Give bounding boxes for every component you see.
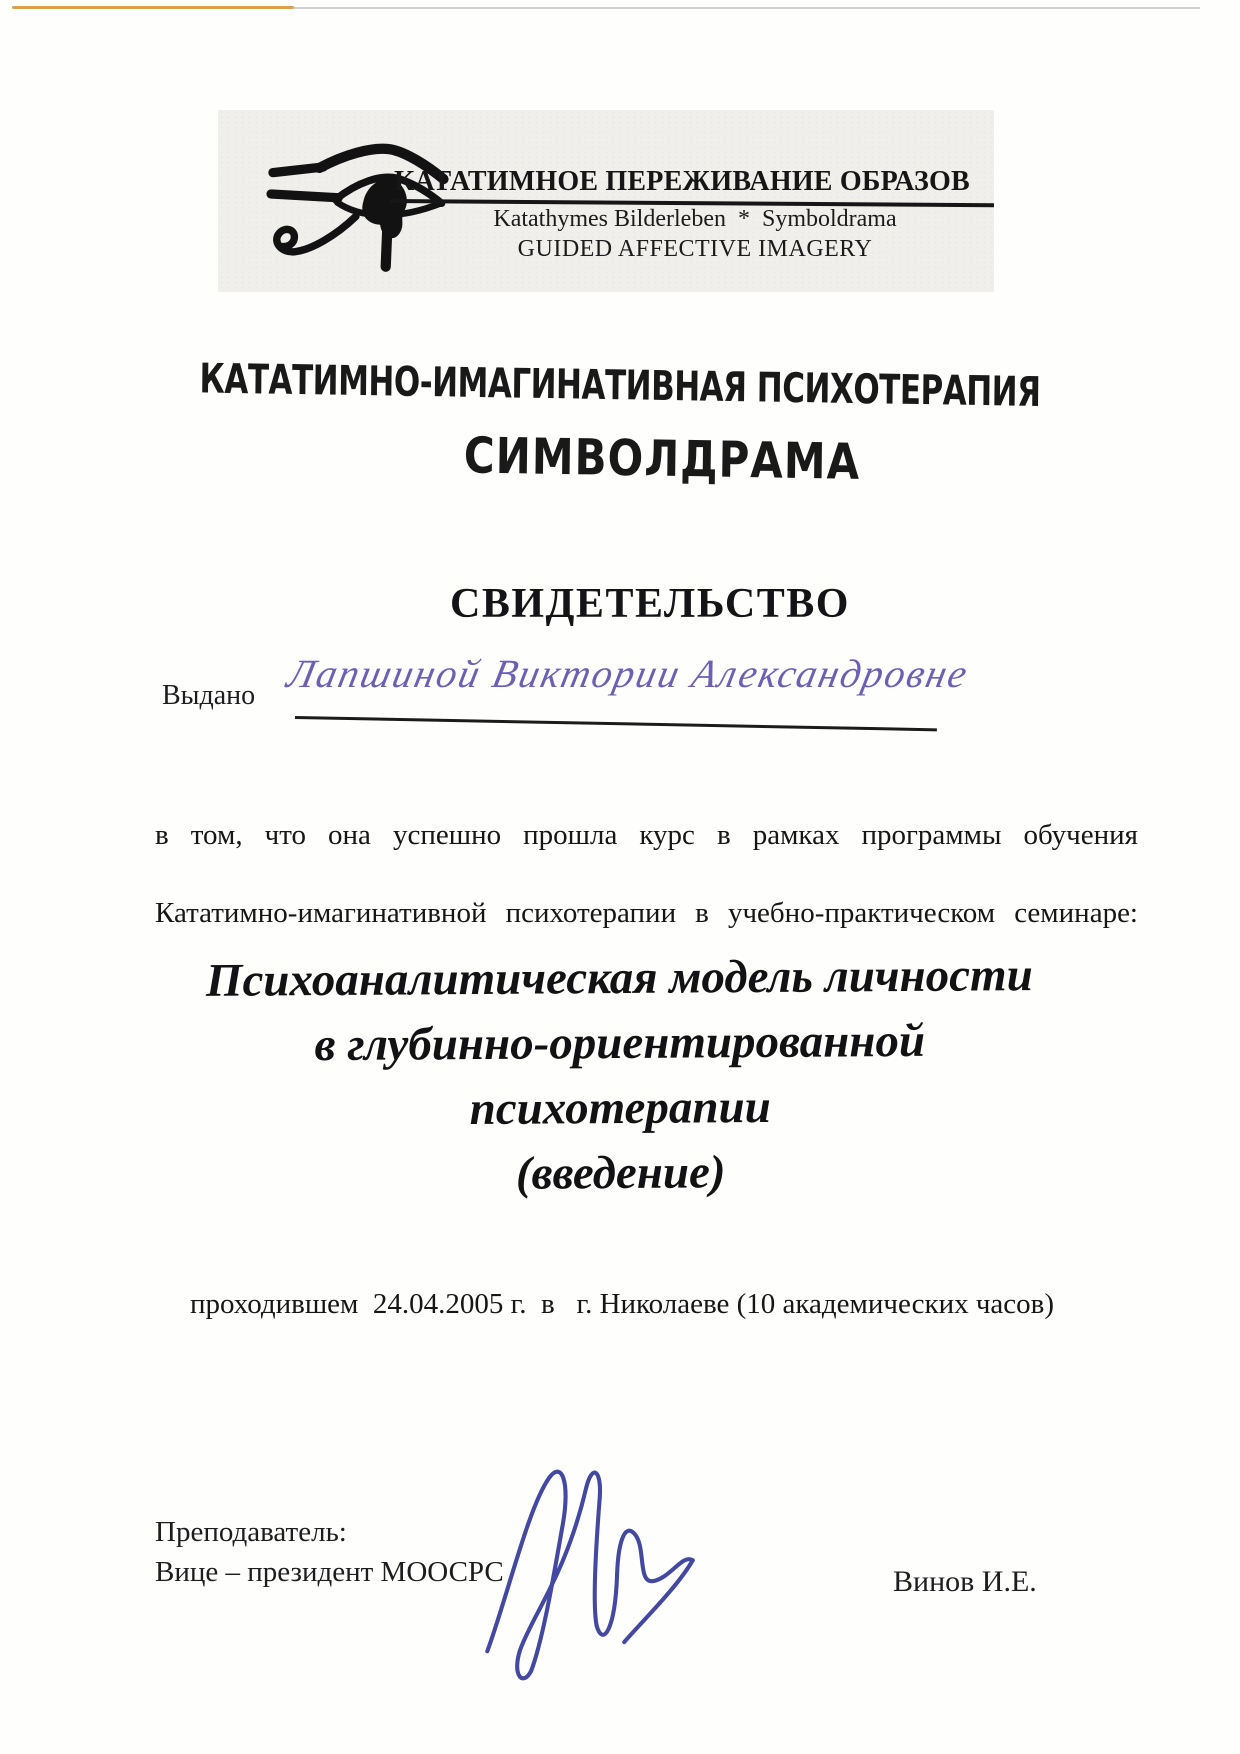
course-title-line-4: (введение): [0, 1137, 1240, 1211]
method-name-line: КАТАТИМНО-ИМАГИНАТИВНАЯ ПСИХОТЕРАПИЯ: [0, 352, 1240, 420]
signature-ink-icon: [472, 1452, 707, 1687]
course-title: Психоаналитическая модель личности в глу…: [0, 942, 1240, 1211]
header-subtitle-english: GUIDED AFFECTIVE IMAGERY: [398, 236, 992, 263]
course-title-line-3: психотерапии: [0, 1072, 1240, 1146]
teacher-title: Вице – президент МООСРС: [155, 1556, 504, 1589]
recipient-name-underline: [295, 716, 937, 731]
certificate-heading: СВИДЕТЕЛЬСТВО: [30, 580, 1240, 628]
body-line-1: в том, что она успешно прошла курс в рам…: [155, 816, 1138, 894]
scan-artifact-orange-line: [12, 6, 294, 9]
header-subtitle-german: Katathymes Bilderleben * Symboldrama: [398, 206, 992, 233]
course-title-line-1: Психоаналитическая модель личности: [0, 942, 1240, 1016]
header-title: КАТАТИМНОЕ ПЕРЕЖИВАНИЕ ОБРАЗОВ: [394, 166, 970, 198]
course-title-line-2: в глубинно-ориентированной: [0, 1007, 1240, 1081]
certificate-page: КАТАТИМНОЕ ПЕРЕЖИВАНИЕ ОБРАЗОВ Katathyme…: [0, 0, 1240, 1754]
scan-artifact-gray-line: [294, 7, 1200, 9]
issued-to-label: Выдано: [162, 680, 255, 712]
teacher-label: Преподаватель:: [155, 1516, 347, 1549]
signer-name: Винов И.Е.: [893, 1565, 1037, 1599]
session-date-line: проходившем 24.04.2005 г. в г. Николаеве…: [190, 1288, 1054, 1321]
method-name-symboldrama: СИМВОЛДРАМА: [42, 419, 1240, 497]
recipient-handwritten-name: Лапшиной Виктории Александровне: [283, 650, 973, 697]
